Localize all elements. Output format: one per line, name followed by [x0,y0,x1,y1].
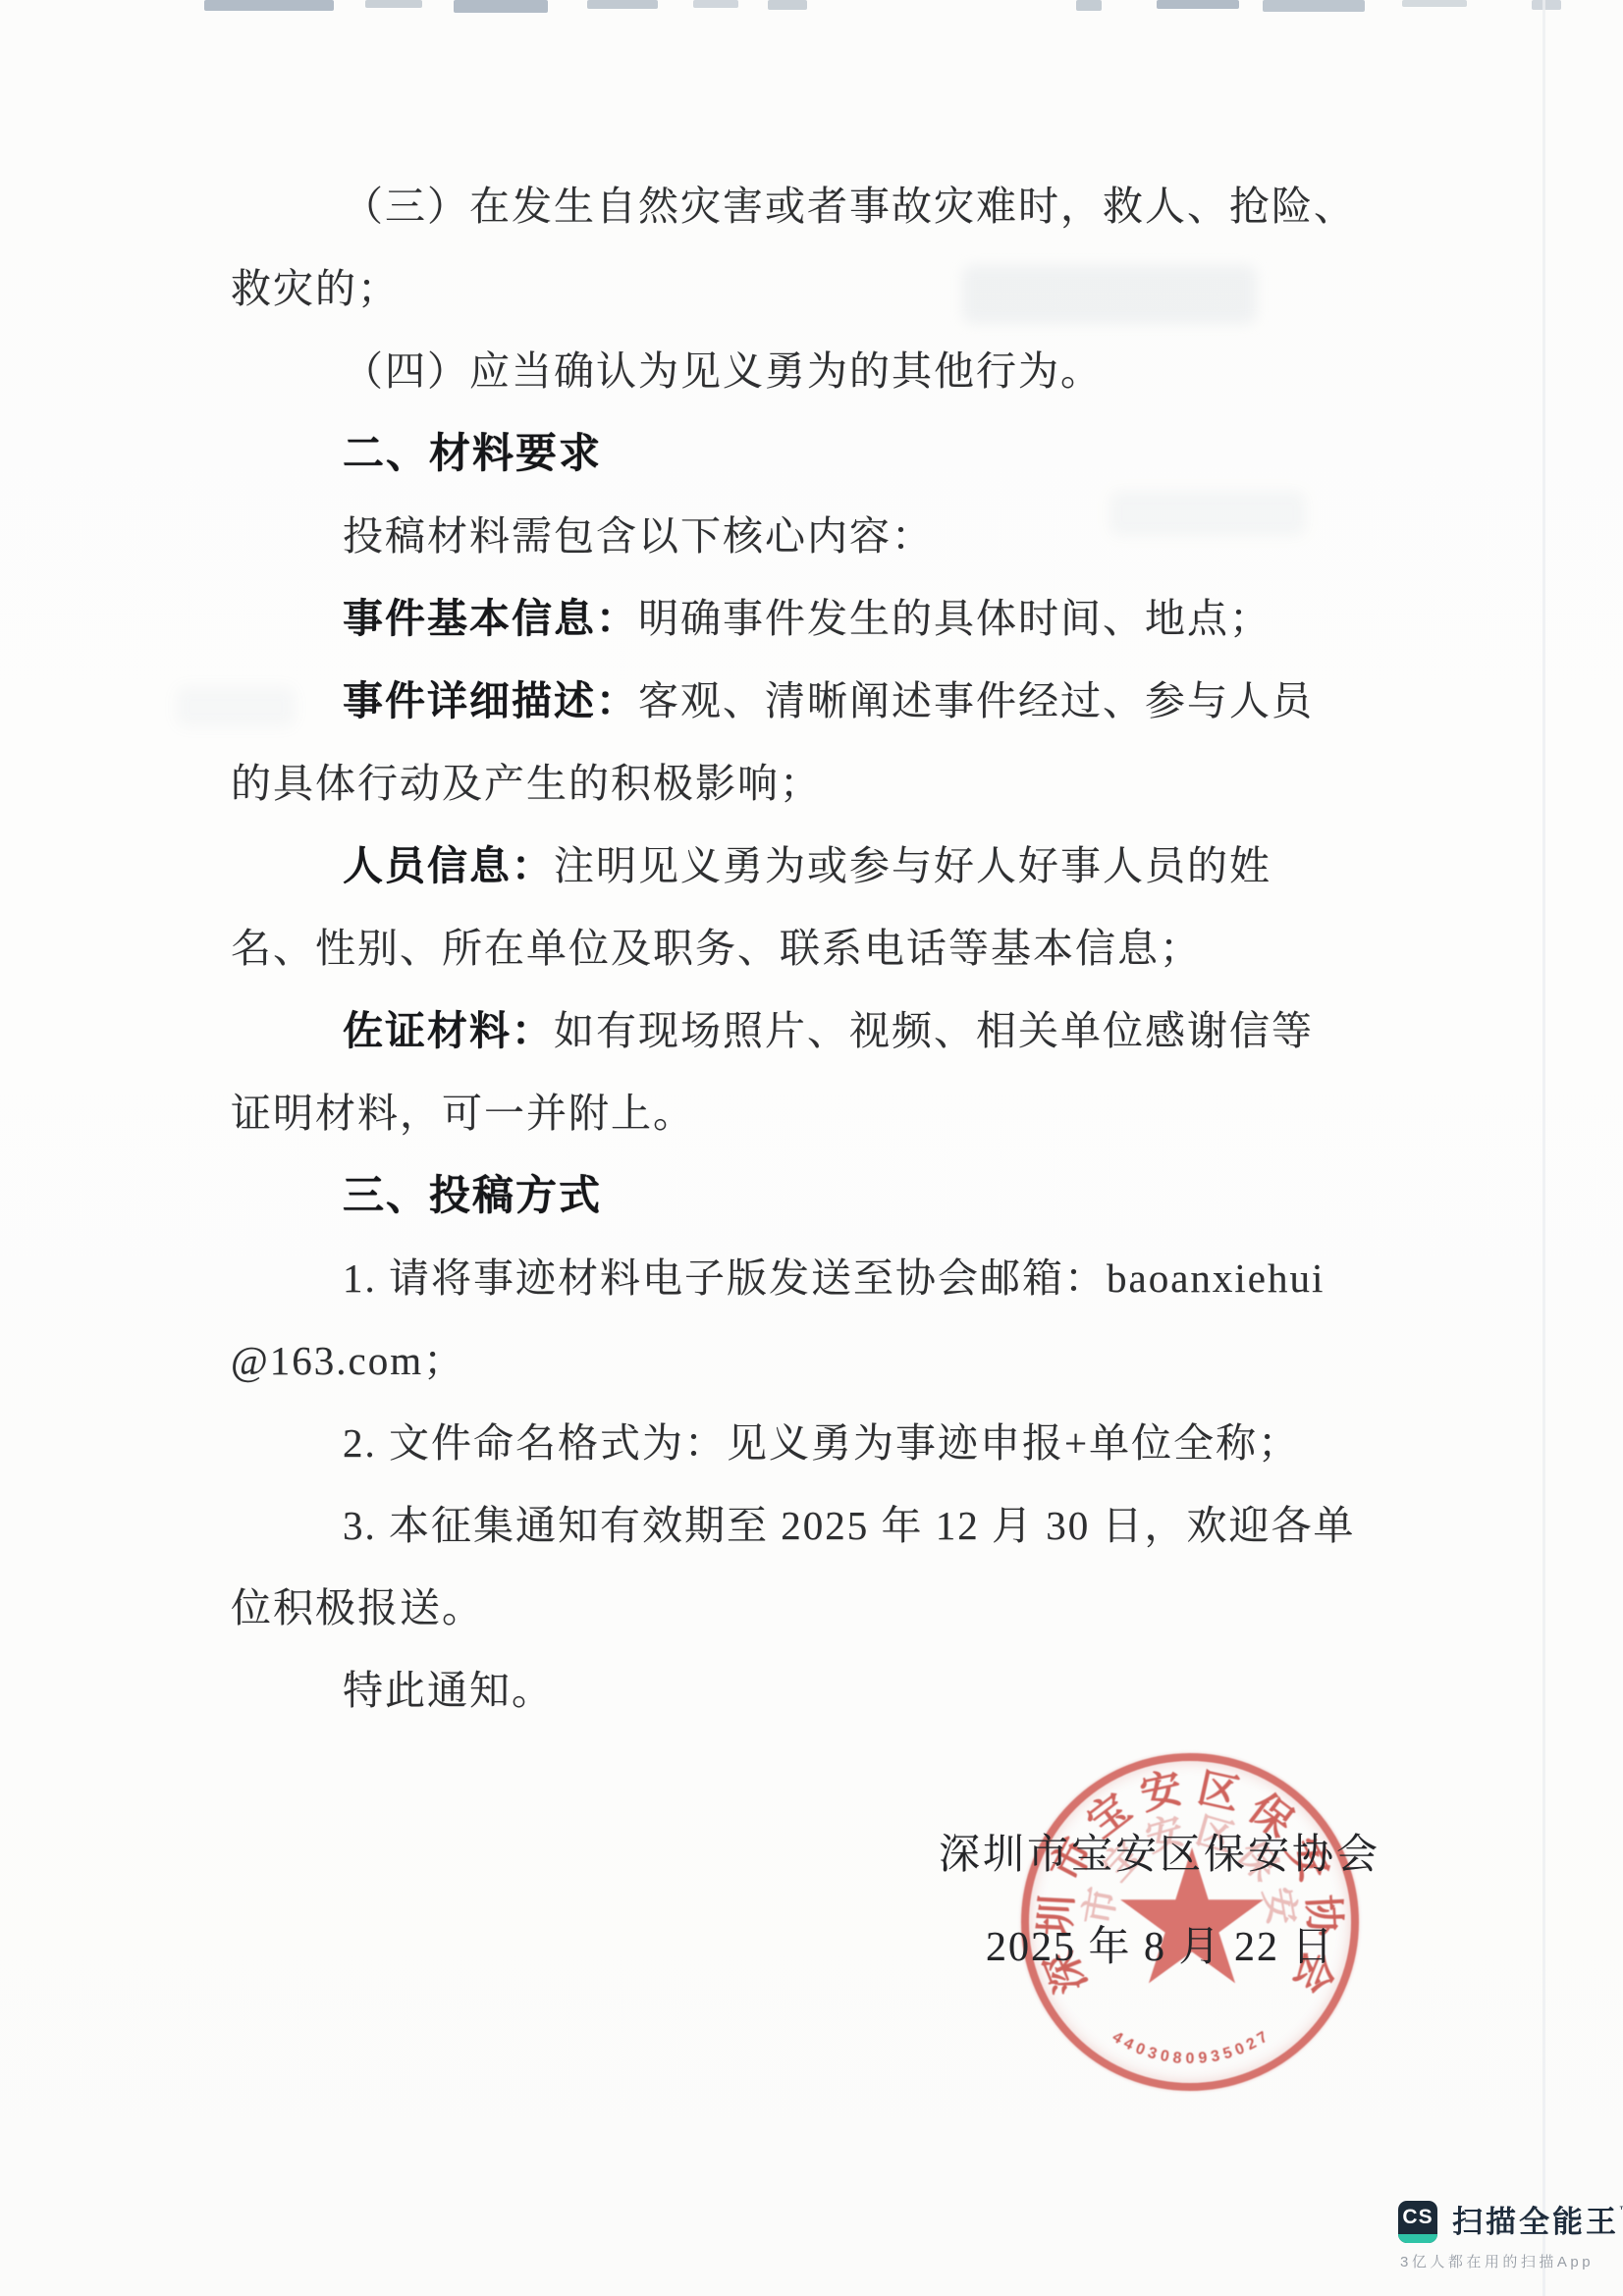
seal-serial-digit: 0 [1186,2052,1195,2067]
document-line: 佐证材料：如有现场照片、视频、相关单位感谢信等 [231,989,1319,1072]
document-line: @163.com； [231,1319,1319,1402]
camscanner-logo-icon: CS [1398,2201,1437,2243]
document-line: 事件详细描述：客观、清晰阐述事件经过、参与人员 [231,660,1319,742]
document-line: 2. 文件命名格式为：见义勇为事迹申报+单位全称； [231,1402,1319,1484]
document-line: 事件基本信息：明确事件发生的具体时间、地点； [231,577,1319,660]
document-line: 位积极报送。 [231,1567,1319,1649]
scan-artifact [587,0,658,9]
document-line: 人员信息：注明见义勇为或参与好人好事人员的姓 [231,825,1319,907]
document-line: 3. 本征集通知有效期至 2025 年 12 月 30 日，欢迎各单 [231,1484,1319,1567]
scan-artifact [204,0,334,11]
document-body: （三）在发生自然灾害或者事故灾难时，救人、抢险、救灾的；（四）应当确认为见义勇为… [231,165,1319,1732]
scan-artifact [454,0,548,13]
seal-serial-digit: 9 [1198,2051,1208,2067]
scan-artifact [768,0,807,10]
scan-artifact [1076,0,1102,11]
section-heading: 三、投稿方式 [231,1154,1319,1237]
document-line: （四）应当确认为见义勇为的其他行为。 [231,330,1319,412]
signature-org: 深圳市宝安区保安协会 [939,1822,1380,1881]
scan-artifact [365,0,422,8]
camscanner-app-name: 扫描全能王™ [1452,2201,1623,2243]
scan-artifact [1157,0,1239,9]
document-line: 的具体行动及产生的积极影响； [231,742,1319,825]
camscanner-logo-text: CS [1398,2201,1437,2234]
document-line: 特此通知。 [231,1649,1319,1732]
camscanner-watermark: CS 扫描全能王™ [1398,2201,1623,2243]
camscanner-logo-strip [1398,2234,1437,2243]
section-heading: 二、材料要求 [231,412,1319,495]
document-line: 1. 请将事迹材料电子版发送至协会邮箱：baoanxiehui [231,1237,1319,1319]
seal-serial-digit: 8 [1172,2051,1182,2067]
camscanner-app-name-text: 扫描全能王 [1452,2205,1619,2239]
scan-artifact [693,0,738,8]
page-edge-line [1542,0,1545,2296]
document-line: （三）在发生自然灾害或者事故灾难时，救人、抢险、 [231,165,1319,247]
scan-artifact [1402,0,1467,7]
seal-ring-char: 区 [1194,1767,1243,1816]
trademark-symbol: ™ [1619,2205,1623,2216]
seal-ring-char: 安 [1137,1767,1186,1816]
scan-artifact [1263,0,1365,12]
document-line: 救灾的； [231,247,1319,330]
signature-date: 2025 年 8 月 22 日 [986,1914,1335,1973]
document-line: 名、性别、所在单位及职务、联系电话等基本信息； [231,907,1319,989]
camscanner-tagline: 3亿人都在用的扫描App [1400,2251,1594,2271]
document-line: 证明材料，可一并附上。 [231,1072,1319,1154]
document-line: 投稿材料需包含以下核心内容： [231,495,1319,577]
scan-artifact [1532,0,1561,10]
